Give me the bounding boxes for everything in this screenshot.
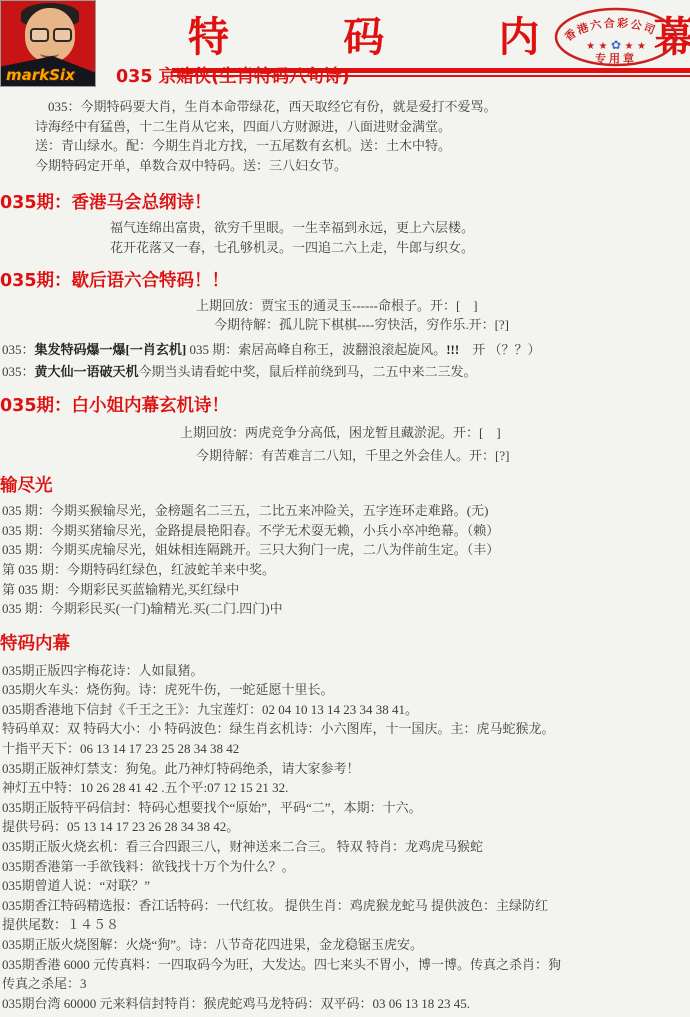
marksix-logo: markSix [6, 66, 75, 84]
text-line: 035期香江特码精选报：香江话特码：一代红妆。 提供生肖：鸡虎猴龙蛇马 提供波色… [0, 896, 690, 916]
text-segment: 今期待解：孤儿院下棋棋----穷快活，穷作乐.开：[?] [214, 317, 509, 332]
text-line: 035期香港地下信封《千王之王》：九宝莲灯：02 04 10 13 14 23 … [0, 700, 690, 720]
text-line: 花开花落又一春，七孔够机灵。一四追二六上走，牛郎与织女。 [0, 238, 690, 258]
text-segment: 035期香港地下信封《千王之王》：九宝莲灯：02 04 10 13 14 23 … [2, 702, 418, 717]
glasses-icon [30, 28, 49, 42]
text-segment: 035 期：今期买猴输尽光，金榜题名二三五，二比五来冲险关，五字连环走难路。(无… [2, 503, 488, 518]
text-line: 035期正版四字梅花诗：人如鼠猪。 [0, 661, 690, 681]
text-segment: 035 京赌侠(生肖特码八句诗) [116, 67, 350, 87]
section-heading: 035期：歇后语六合特码！！ [0, 270, 690, 292]
text-segment: 十指平天下：06 13 14 17 23 25 28 34 38 42 [2, 741, 239, 756]
text-line: 035期正版神灯禁支：狗兔。此乃神灯特码绝杀，请大家参考！ [0, 759, 690, 779]
text-segment: 今期当头请看蛇中奖，鼠后样前绕到马，二五中来二三发。 [139, 364, 477, 379]
seal-stars-left: ★ ★ [586, 41, 607, 52]
text-segment: 今期待解：有苦难言二八知，千里之外会佳人。开：[?] [196, 448, 509, 463]
text-segment: 花开花落又一春，七孔够机灵。一四追二六上走，牛郎与织女。 [110, 240, 474, 255]
section-heading: 035期：香港马会总纲诗！ [0, 192, 690, 214]
glasses-icon [53, 28, 72, 42]
text-segment: 035期正版特平码信封：特码心想要找个“原始”，平码“二”，本期：十六。 [2, 800, 422, 815]
text-line: 上期回放：贾宝玉的通灵玉------命根子。开：[ ] [0, 296, 690, 316]
text-segment: 035： [2, 364, 35, 379]
text-segment: 输尽光 [0, 476, 53, 496]
text-line: 035期台湾 60000 元来料信封特肖：猴虎蛇鸡马龙特码：双平码：03 06 … [0, 994, 690, 1014]
text-segment: 035 期：索居高峰自称王，波翻浪滚起旋风。 [186, 342, 446, 357]
text-segment: 神灯五中特：10 26 28 41 42 .五个平:07 12 15 21 32… [2, 780, 288, 795]
svg-text:★ ★ ✿ ★ ★: ★ ★ ✿ ★ ★ [586, 38, 646, 52]
text-segment: 035 期：今期买虎输尽光，姐妹相连隔跳开。三只大狗门一虎，二八为伴前生定。（丰… [2, 542, 499, 557]
text-segment: 上期回放：贾宝玉的通灵玉------命根子。开：[ ] [196, 298, 478, 313]
text-line: 上期回放：两虎竞争分高低，困龙暂且藏淤泥。开：[ ] [0, 423, 690, 443]
text-segment: 特码内幕 [0, 634, 70, 654]
text-line: 035期正版火烧玄机：看三合四跟三八，财神送来二合三。 特双 特肖：龙鸡虎马猴蛇 [0, 837, 690, 857]
section-heading: 输尽光 [0, 475, 690, 497]
text-line: 提供号码：05 13 14 17 23 26 28 34 38 42。 [0, 817, 690, 837]
text-segment: 福气连绵出富贵，欲穷千里眼。一生幸福到永远，更上六层楼。 [110, 220, 474, 235]
text-segment: 第 035 期：今期特码红绿色，红波蛇羊来中奖。 [2, 562, 275, 577]
text-line: 035期香港 6000 元传真料：一四取码今为旺，大发达。四七来头不胃小，博一博… [0, 955, 690, 975]
text-line: 035：黄大仙一语破天机今期当头请看蛇中奖，鼠后样前绕到马，二五中来二三发。 [0, 362, 690, 382]
text-line: 035 期：今期买猴输尽光，金榜题名二三五，二比五来冲险关，五字连环走难路。(无… [0, 501, 690, 521]
text-segment: 送：青山绿水。配：今期生肖北方找，一五尾数有玄机。送：土木中特。 [35, 138, 451, 153]
bold-text-segment: 黄大仙一语破天机 [35, 364, 139, 379]
text-line: 诗海经中有猛兽，十二生肖从它来，四面八方财源进，八面进财金满堂。 [0, 117, 690, 137]
text-segment: 035： [2, 342, 35, 357]
text-line: 035期正版特平码信封：特码心想要找个“原始”，平码“二”，本期：十六。 [0, 798, 690, 818]
text-segment: 传真之杀尾：3 [2, 976, 87, 991]
text-segment: 上期回放：两虎竞争分高低，困龙暂且藏淤泥。开：[ ] [180, 425, 501, 440]
section-heading: 035 京赌侠(生肖特码八句诗) [0, 66, 690, 88]
section-heading: 特码内幕 [0, 633, 690, 655]
text-line: 送：青山绿水。配：今期生肖北方找，一五尾数有玄机。送：土木中特。 [0, 136, 690, 156]
text-line: 035：集发特码爆一爆[一肖玄机] 035 期：索居高峰自称王，波翻浪滚起旋风。… [0, 340, 690, 360]
text-line: 传真之杀尾：3 [0, 974, 690, 994]
text-segment: 开 （？？） [459, 342, 540, 357]
text-segment: 035期香港 6000 元传真料：一四取码今为旺，大发达。四七来头不胃小，博一博… [2, 957, 561, 972]
text-line: 035期正版火烧图解：火烧“狗”。诗：八节奇花四进果，金龙稳锯玉虎安。 [0, 935, 690, 955]
content-lines: 035 京赌侠(生肖特码八句诗)035：今期特码要大肖，生肖本命带绿花，西天取经… [0, 66, 690, 1013]
text-segment: 035 期：今期彩民买(一门)输精光.买(二门.四门)中 [2, 601, 283, 616]
text-segment: 035期曾道人说：“对联？” [2, 878, 150, 893]
text-segment: 035期：白小姐内幕玄机诗！ [0, 396, 229, 416]
text-line: 今期特码定开单，单数合双中特码。送：三八妇女节。 [0, 156, 690, 176]
text-segment: 第 035 期：今期彩民买蓝输精光,买红绿中 [2, 582, 239, 597]
text-segment: 035期香江特码精选报：香江话特码：一代红妆。 提供生肖：鸡虎猴龙蛇马 提供波色… [2, 898, 548, 913]
text-segment: 035期香港第一手欲钱料：欲钱找十万个为什么？。 [2, 859, 295, 874]
text-line: 035 期：今期买虎输尽光，姐妹相连隔跳开。三只大狗门一虎，二八为伴前生定。（丰… [0, 540, 690, 560]
text-segment: 035 期：今期买猪输尽光，金路提晨艳阳春。不学无术耍无赖，小兵小卒冲绝幕。（赖… [2, 523, 499, 538]
section-heading: 035期：白小姐内幕玄机诗！ [0, 395, 690, 417]
text-segment: 诗海经中有猛兽，十二生肖从它来，四面八方财源进，八面进财金满堂。 [35, 119, 451, 134]
text-segment: 035期正版火烧图解：火烧“狗”。诗：八节奇花四进果，金龙稳锯玉虎安。 [2, 937, 423, 952]
text-line: 035期火车头：烧伤狗。诗：虎死牛伤，一蛇延愿十里长。 [0, 680, 690, 700]
text-line: 035期香港第一手欲钱料：欲钱找十万个为什么？。 [0, 857, 690, 877]
text-segment: 035期正版神灯禁支：狗兔。此乃神灯特码绝杀，请大家参考！ [2, 761, 360, 776]
text-line: 神灯五中特：10 26 28 41 42 .五个平:07 12 15 21 32… [0, 778, 690, 798]
marksix-photo: markSix [0, 0, 96, 87]
text-segment: 035期正版火烧玄机：看三合四跟三八，财神送来二合三。 特双 特肖：龙鸡虎马猴蛇 [2, 839, 483, 854]
text-segment: 035期正版四字梅花诗：人如鼠猪。 [2, 663, 204, 678]
text-line: 035：今期特码要大肖，生肖本命带绿花，西天取经它有份，就是爱打不爱骂。 [0, 97, 690, 117]
text-segment: 035期火车头：烧伤狗。诗：虎死牛伤，一蛇延愿十里长。 [2, 682, 334, 697]
text-line: 特码单双：双 特码大小：小 特码波色：绿生肖玄机诗：小六图库，十一国庆。主：虎马… [0, 719, 690, 739]
text-line: 第 035 期：今期特码红绿色，红波蛇羊来中奖。 [0, 560, 690, 580]
bold-text-segment: !!! [446, 342, 459, 357]
text-segment: 今期特码定开单，单数合双中特码。送：三八妇女节。 [35, 158, 347, 173]
seal-bottom-text: 专用章 [595, 51, 637, 65]
text-line: 今期待解：孤儿院下棋棋----穷快活，穷作乐.开：[?] [0, 315, 690, 335]
text-line: 今期待解：有苦难言二八知，千里之外会佳人。开：[?] [0, 446, 690, 466]
text-line: 福气连绵出富贵，欲穷千里眼。一生幸福到永远，更上六层楼。 [0, 218, 690, 238]
bold-text-segment: 集发特码爆一爆[一肖玄机] [35, 342, 187, 357]
text-segment: 提供尾数：１４５８ [2, 917, 119, 932]
text-segment: 提供号码：05 13 14 17 23 26 28 34 38 42。 [2, 819, 239, 834]
text-segment: 035期：歇后语六合特码！！ [0, 271, 229, 291]
text-line: 035期曾道人说：“对联？” [0, 876, 690, 896]
text-line: 第 035 期：今期彩民买蓝输精光,买红绿中 [0, 580, 690, 600]
text-line: 十指平天下：06 13 14 17 23 25 28 34 38 42 [0, 739, 690, 759]
text-segment: 035：今期特码要大肖，生肖本命带绿花，西天取经它有份，就是爱打不爱骂。 [48, 99, 497, 114]
text-line: 035 期：今期买猪输尽光，金路提晨艳阳春。不学无术耍无赖，小兵小卒冲绝幕。（赖… [0, 521, 690, 541]
company-seal: 香港六合彩公司 ★ ★ ✿ ★ ★ 专用章 [552, 5, 680, 69]
seal-flower-icon: ✿ [611, 38, 621, 52]
text-segment: 特码单双：双 特码大小：小 特码波色：绿生肖玄机诗：小六图库，十一国庆。主：虎马… [2, 721, 555, 736]
text-segment: 035期台湾 60000 元来料信封特肖：猴虎蛇鸡马龙特码：双平码：03 06 … [2, 996, 470, 1011]
page-header: markSix 特 码 内 幕 香港六合彩公司 ★ ★ ✿ ★ ★ 专用章 [0, 0, 690, 64]
text-segment: 035期：香港马会总纲诗！ [0, 193, 212, 213]
text-line: 提供尾数：１４５８ [0, 915, 690, 935]
seal-stars-right: ★ ★ [625, 41, 646, 52]
text-line: 035 期：今期彩民买(一门)输精光.买(二门.四门)中 [0, 599, 690, 619]
